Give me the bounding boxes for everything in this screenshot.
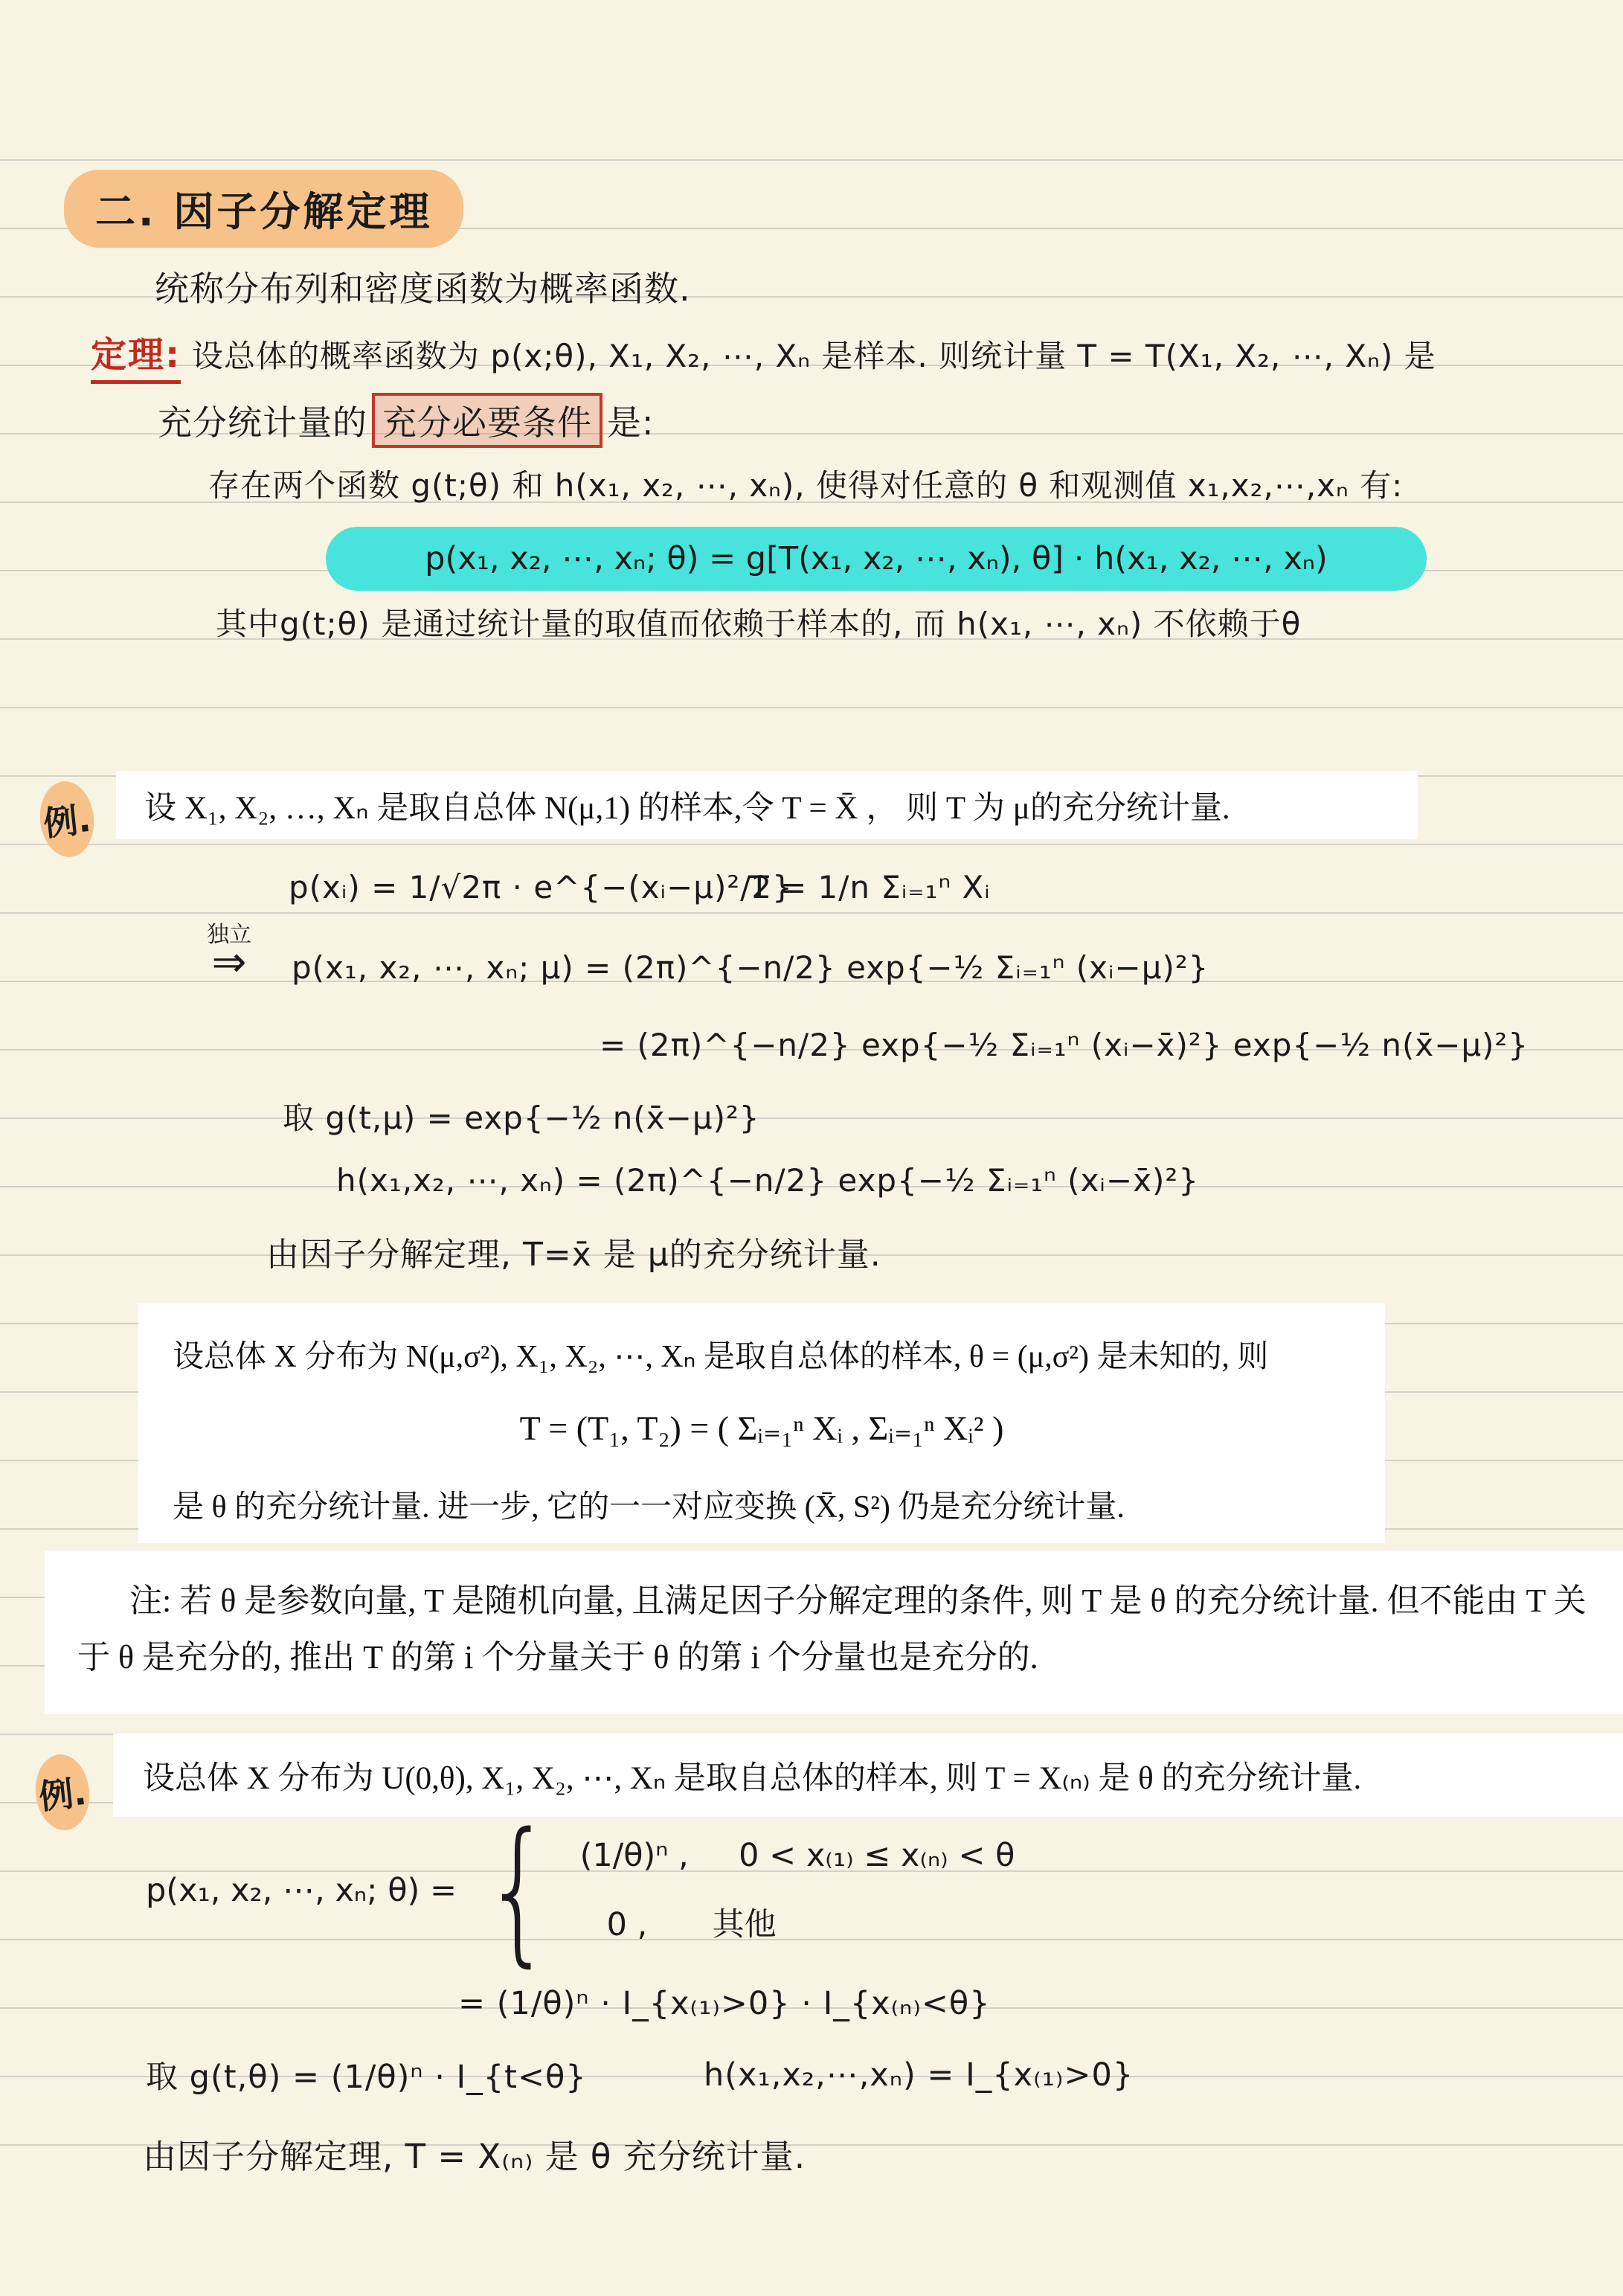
theorem-line-2: 充分统计量的充分必要条件是: [158,393,655,448]
g2-choice-formula: 取 g(t,θ) = (1/θ)ⁿ · I_{t<θ} [146,2052,587,2097]
factorization-formula-highlight: p(x₁, x₂, ⋯, xₙ; θ) = g[T(x₁, x₂, ⋯, xₙ)… [326,527,1427,591]
slide2-line1: 设总体 X 分布为 N(μ,σ²), X₁, X₂, ⋯, Xₙ 是取自总体的样… [173,1332,1351,1376]
case-2: 0 , 其他 [580,1899,1015,1945]
independence-arrow: 独立 ⇒ [207,924,251,984]
piecewise-lhs: p(x₁, x₂, ⋯, xₙ; θ) = [146,1872,457,1909]
theorem-label: 定理: [91,326,181,384]
example2-conclusion: 由因子分解定理, T = X₍ₙ₎ 是 θ 充分统计量. [143,2129,806,2178]
piecewise-formula: p(x₁, x₂, ⋯, xₙ; θ) = { (1/θ)ⁿ , 0 < x₍₁… [146,1824,1015,1957]
theorem-line-2-pre: 充分统计量的 [158,403,367,443]
statistic-formula: T = 1/n Σᵢ₌₁ⁿ Xᵢ [750,869,991,905]
g-choice-formula: 取 g(t,μ) = exp{−½ n(x̄−μ)²} [283,1094,760,1138]
page-title: 二. 因子分解定理 [64,170,463,248]
g-h-dependence-line: 其中g(t;θ) 是通过统计量的取值而依赖于样本的, 而 h(x₁, ⋯, xₙ… [216,600,1301,644]
piecewise-cases: (1/θ)ⁿ , 0 < x₍₁₎ ≤ x₍ₙ₎ < θ 0 , 其他 [580,1837,1015,1945]
theorem-line-2-post: 是: [607,403,655,443]
density-formula: p(xᵢ) = 1/√2π · e^{−(xᵢ−μ)²/2} [289,869,793,905]
case-1: (1/θ)ⁿ , 0 < x₍₁₎ ≤ x₍ₙ₎ < θ [580,1837,1015,1874]
left-brace: { [483,1824,553,1957]
double-arrow-icon: ⇒ [207,942,251,984]
h2-formula: h(x₁,x₂,⋯,xₙ) = I_{x₍₁₎>0} [704,2056,1134,2094]
indicator-formula: = (1/θ)ⁿ · I_{x₍₁₎>0} · I_{x₍ₙ₎<θ} [458,1985,991,2022]
notebook-page: 二. 因子分解定理 统称分布列和密度函数为概率函数. 定理: 设总体的概率函数为… [0,0,1623,2296]
case2-cond: 其他 [713,1906,777,1943]
example1-statement-card: 设 X₁, X₂, …, Xₙ 是取自总体 N(μ,1) 的样本,令 T = X… [116,771,1418,839]
factored-formula: = (2π)^{−n/2} exp{−½ Σᵢ₌₁ⁿ (xᵢ−x̄)²} exp… [600,1027,1529,1063]
example1-conclusion: 由因子分解定理, T=x̄ 是 μ的充分统计量. [266,1228,881,1275]
h-formula: h(x₁,x₂, ⋯, xₙ) = (2π)^{−n/2} exp{−½ Σᵢ₌… [336,1162,1199,1199]
example2-statement-card: 设总体 X 分布为 U(0,θ), X₁, X₂, ⋯, Xₙ 是取自总体的样本… [113,1734,1623,1817]
example2-statement: 设总体 X 分布为 U(0,θ), X₁, X₂, ⋯, Xₙ 是取自总体的样本… [143,1753,1361,1798]
sufficient-necessary-box: 充分必要条件 [372,393,602,448]
joint-density-formula: p(x₁, x₂, ⋯, xₙ; μ) = (2π)^{−n/2} exp{−½… [292,949,1209,986]
slide2-line2: 是 θ 的充分统计量. 进一步, 它的一一对应变换 (X̄, S²) 仍是充分统… [173,1482,1351,1527]
note-card: 注: 若 θ 是参数向量, T 是随机向量, 且满足因子分解定理的条件, 则 T… [45,1551,1623,1714]
case2-value: 0 , [607,1906,648,1943]
case1-cond: 0 < x₍₁₎ ≤ x₍ₙ₎ < θ [739,1837,1015,1874]
slide2-formula: T = (T₁, T₂) = ( Σᵢ₌₁ⁿ Xᵢ , Σᵢ₌₁ⁿ Xᵢ² ) [173,1408,1351,1448]
note-text: 注: 若 θ 是参数向量, T 是随机向量, 且满足因子分解定理的条件, 则 T… [77,1573,1590,1685]
theorem-line-1: 设总体的概率函数为 p(x;θ), X₁, X₂, ⋯, Xₙ 是样本. 则统计… [192,332,1436,376]
example1-statement: 设 X₁, X₂, …, Xₙ 是取自总体 N(μ,1) 的样本,令 T = X… [144,783,1230,828]
slide2-card: 设总体 X 分布为 N(μ,σ²), X₁, X₂, ⋯, Xₙ 是取自总体的样… [138,1303,1385,1543]
case1-value: (1/θ)ⁿ , [580,1837,689,1874]
intro-line: 统称分布列和密度函数为概率函数. [155,262,691,311]
existence-line: 存在两个函数 g(t;θ) 和 h(x₁, x₂, ⋯, xₙ), 使得对任意的… [208,461,1403,506]
